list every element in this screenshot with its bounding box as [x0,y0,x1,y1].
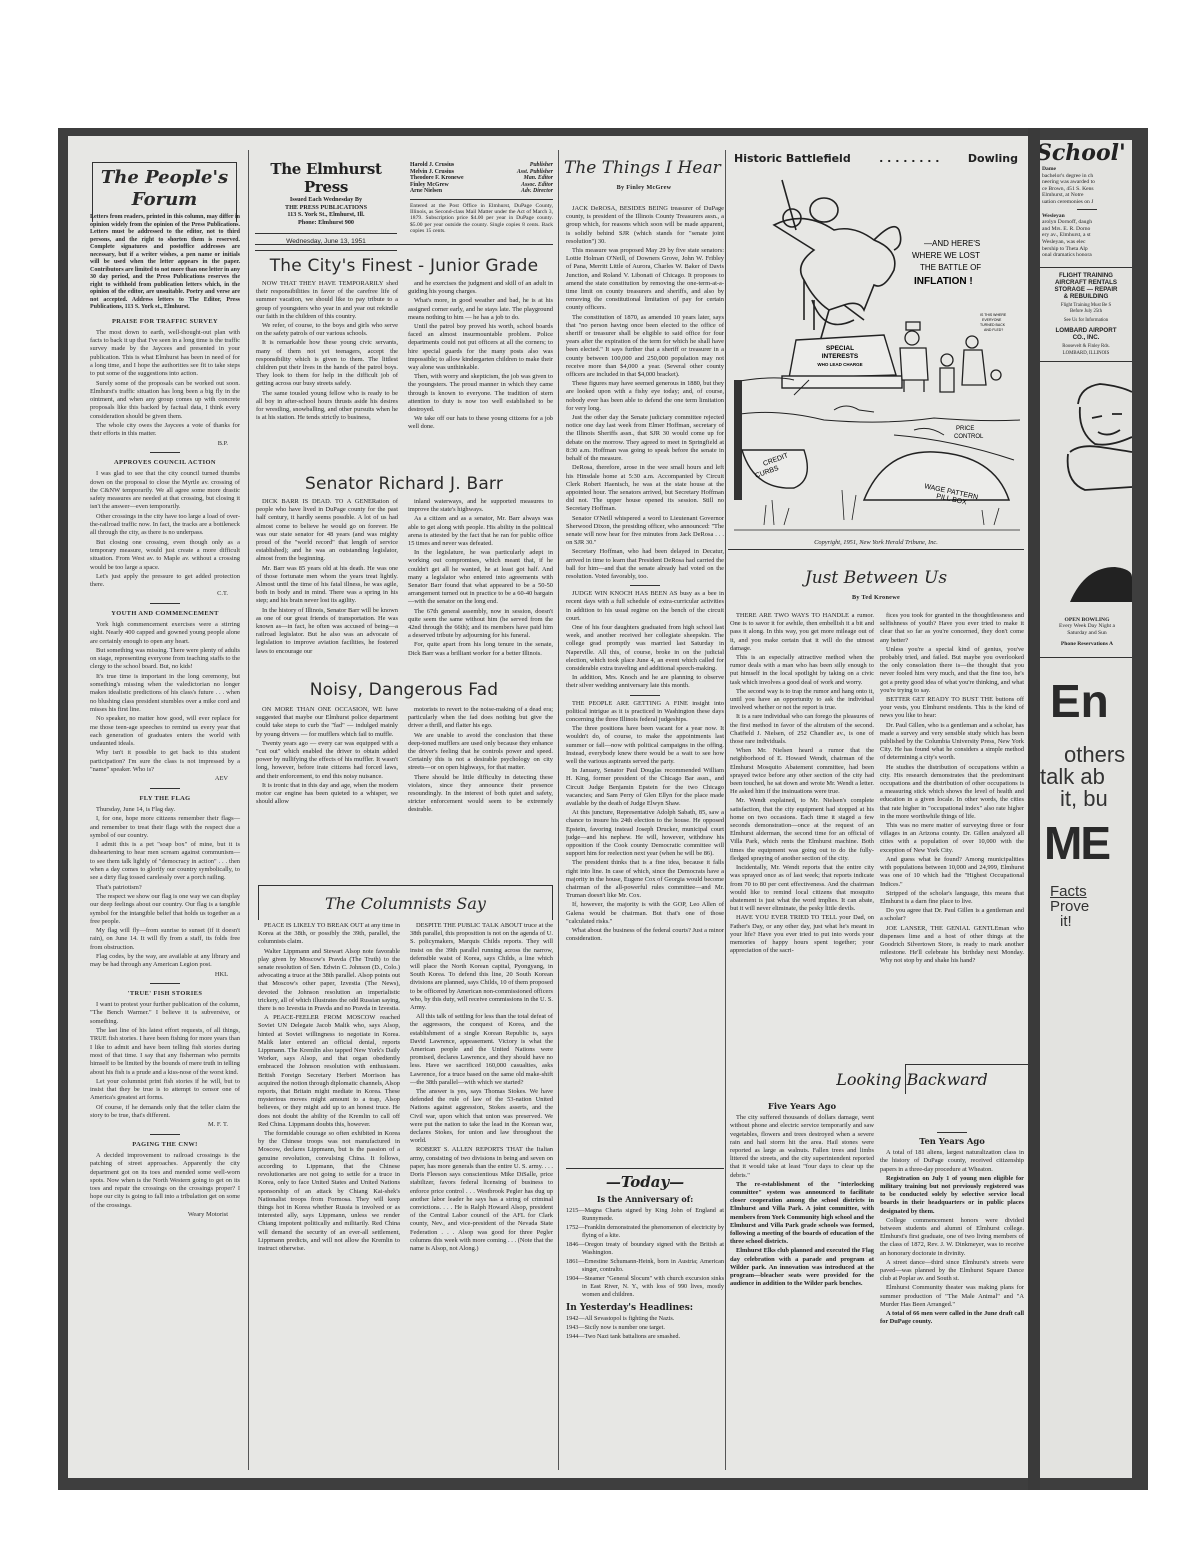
staff-role: Publisher [530,162,553,169]
divider [1077,209,1097,210]
editorial-paragraph: We are unable to avoid the conclusion th… [408,732,553,773]
divider [150,603,180,604]
issue-date: Wednesday, June 13, 1951 [255,233,397,251]
today-box: —Today— Is the Anniversary of: 1215—Magn… [566,1168,724,1342]
letter-paragraph: I was glad to see that the city council … [90,470,240,511]
anniversary-text: Magna Charta signed by King John of Engl… [582,1207,724,1222]
column-rule [558,150,559,1470]
editorial-city-finest-col2: and he exercises the judgment and skill … [408,280,553,433]
headline-item: 1943—Sicily now is number one target. [566,1324,724,1332]
tree-trunk-icon [734,380,742,500]
five-years-ago-heading: Five Years Ago [730,1102,874,1110]
column-paragraph: Stripped of the scholar's language, this… [880,890,1024,906]
headline-item: 1944—Two Nazi tank battalions are smashe… [566,1333,724,1341]
cartoon-copyright: Copyright, 1951, New York Herald Tribune… [728,539,1024,550]
forum-title: The People's Forum [93,167,236,211]
school-note-line: uation ceremonies on J [1042,199,1132,206]
column-paragraph: The second way is to trap the rumor and … [730,688,874,713]
ad-line: STORAGE — REPAIR [1042,286,1130,293]
history-paragraph: Elmhurst Elks club planned and executed … [730,1247,874,1288]
school-note-line: Wesleyan, was elec [1042,239,1132,246]
column-paragraph: JUDGE WIN KNOCH HAS BEEN AS busy as a be… [566,590,724,623]
column-paragraph: The constitution of 1870, as amended 10 … [566,314,724,380]
cartoon-title: Historic Battlefield [734,152,851,165]
letter-paragraph: That's patriotism? [90,884,240,892]
history-paragraph: Registration on July 1 of young men elig… [880,1175,1024,1216]
school-note-line: onal dramatics honora [1042,252,1132,259]
cartoon-title-bar: Historic Battlefield . . . . . . . . Dow… [728,150,1024,167]
ad-small-line: Before July 25th [1042,309,1130,315]
school-note-line: Dame [1042,166,1132,173]
price-control-label-1: PRICE [956,426,974,432]
columnist-paragraph: PEACE IS LIKELY TO BREAK OUT at any time… [258,922,400,947]
things-i-hear-title: The Things I Hear [564,158,724,178]
ad-info-line: See Us for Information [1042,318,1130,324]
letter-paragraph: But something was missing. There were pl… [90,647,240,672]
columnist-paragraph: ROBERT S. ALLEN REPORTS THAT the Italian… [410,1146,553,1253]
history-paragraph: A total of 181 aliens, largest naturaliz… [880,1149,1024,1174]
anniversary-item: 1904—Steamer "General Slocum" with churc… [566,1275,724,1299]
school-note-line: ce Brown, 451 S. Kens [1042,186,1132,193]
price-control-label-2: CONTROL [954,434,984,440]
column-paragraph: One of his four daughters graduated from… [566,624,724,673]
column-paragraph: BETTER GET READY TO BUST THE buttons off… [880,696,1024,721]
things-i-hear-header: The Things I Hear By Finley McGrew [564,158,724,199]
column-paragraph: What about the business of the federal c… [566,927,724,943]
letter-signature: C.T. [90,590,240,598]
letter-paragraph: The last line of his latest effort reque… [90,1027,240,1077]
school-note-line: ery av., Elmhurst, a st [1042,232,1132,239]
headline-year: 1943 [566,1324,578,1331]
speech-line-4: INFLATION ! [914,276,973,287]
school-note-line: neering was awarded to [1042,179,1132,186]
column-paragraph: Do you agree that Dr. Paul Gillen is a g… [880,907,1024,923]
child-speech-3: TURNED BACK [980,323,1006,327]
editorial-paragraph: In the legislature, he was particularly … [408,549,553,606]
editorial-paragraph: Until the patrol boy proved his worth, s… [408,323,553,372]
letter-heading: YOUTH AND COMMENCEMENT [90,610,240,618]
letter-paragraph: The respect we show our flag is one way … [90,893,240,926]
letter-heading: 'TRUE' FISH STORIES [90,990,240,998]
anniversary-year: 1846 [566,1241,578,1248]
editorial-paragraph: There should be little difficulty in det… [408,774,553,815]
columnist-paragraph: The formidable courage so often exhibite… [258,1130,400,1253]
things-i-hear-column: JACK DeROSA, BESIDES BEING treasurer of … [566,205,724,1160]
editorial-cartoon: Historic Battlefield . . . . . . . . Dow… [728,150,1024,550]
editorial-paragraph: For, quite apart from his long tenure in… [408,641,553,657]
column-paragraph: Mr. Wendt explained, to Mr. Nielsen's co… [730,797,874,863]
editorial-paragraph: Then, with worry and skepticism, the job… [408,373,553,414]
school-note-line: bership to Theta Alp [1042,246,1132,253]
guide-figures-icon [900,322,1001,392]
divider [630,695,660,696]
column-paragraph: fices you took for granted in the though… [880,612,1024,645]
column-paragraph: Just the other day the Senate judiciary … [566,414,724,463]
staff-row: Melvin J. CrusiusAsst. Publisher [410,169,553,176]
school-note-line: bachelor's degree in ch [1042,173,1132,180]
big-ad-line: others [1064,744,1132,766]
columnists-title-box: The Columnists Say [258,885,553,920]
headline-text: Sicily now is number one target. [585,1324,665,1331]
big-ad-word: ME [1044,816,1132,870]
column-paragraph: DeRosa, therefore, arose in the wee smal… [566,464,724,513]
facts-line: it! [1060,914,1132,929]
column-paragraph: Senator O'Neill whispered a word to Lieu… [566,515,724,548]
staff-role: Man. Editor [524,175,553,182]
history-paragraph: College commencement honors were divided… [880,1217,1024,1258]
big-ad-line: it, bu [1060,788,1132,810]
headline-text: All Sevastopol is fighting the Nazis. [585,1315,675,1322]
editorial-paragraph: The 67th general assembly, now in sessio… [408,608,553,641]
staff-box: Harold J. CrusiusPublisher Melvin J. Cru… [410,162,553,234]
column-paragraph: And guess what he found? Among municipal… [880,856,1024,889]
speech-line-2: WHERE WE LOST [912,251,980,260]
column-paragraph: Incidentally, Mr. Wendt reports that the… [730,864,874,913]
letter-paragraph: It's true time is important in the long … [90,673,240,714]
history-paragraph: A street dance—third since Elmhurst's st… [880,1259,1024,1284]
bowling-ad-text: OPEN BOWLING Every Week Day Night a Satu… [1040,617,1132,658]
column-paragraph: The president thinks that is a fine idea… [566,859,724,900]
facts-line: Facts [1050,884,1132,899]
cartoon-artist: Dowling [968,152,1018,165]
letter-heading: APPROVES COUNCIL ACTION [90,459,240,467]
letter-paragraph: My flag will fly—from sunrise to sunset … [90,927,240,952]
letter-paragraph: The most down to earth, well-thought-out… [90,329,240,379]
bowling-line: Saturday and Sun [1042,630,1132,637]
letter-signature: B.P. [90,440,240,448]
column-paragraph: In addition, Mrs. Knoch and he are plann… [566,674,724,690]
staff-name: Melvin J. Crusius [410,169,454,176]
child-speech-1: IS THIS WHERE [980,313,1007,317]
column-paragraph: These figures may have seemed generous i… [566,380,724,413]
just-between-us-col2: fices you took for granted in the though… [880,612,1024,1057]
bowling-ad-illustration [1040,362,1132,612]
columnist-paragraph: DESPITE THE PUBLIC TALK ABOUT truce at t… [410,922,553,1012]
anniversary-item: 1215—Magna Charta signed by King John of… [566,1207,724,1223]
statue-icon [774,180,901,345]
column-paragraph: This was no mere matter of surveying thr… [880,822,1024,855]
child-speech-2: EVERYONE [982,318,1002,322]
airport-ad: FLIGHT TRAINING AIRCRAFT RENTALS STORAGE… [1040,267,1132,362]
column-paragraph: Dr. Paul Gillen, who is a gentleman and … [880,722,1024,763]
school-note-line: arolyn Dornoff, daugh [1042,219,1132,226]
monument-text-3: WHO LEAD CHARGE [817,362,862,367]
forum-title-line1: The People's [93,167,236,189]
staff-role: Adv. Director [521,188,553,195]
editorial-paragraph: motorists to revert to the noise-making … [408,706,553,731]
column-paragraph: He studies the distribution of occupatio… [880,764,1024,821]
ad-line: & REBUILDING [1042,293,1130,300]
school-note-line: and Mrs. E. R. Dorno [1042,226,1132,233]
editorial-paragraph: It is ironic that in this day and age, w… [256,782,398,807]
just-between-us-header: Just Between Us By Ted Kronewe [728,568,1024,609]
letter-paragraph: I admit this is a pet "soap box" of mine… [90,841,240,882]
column-paragraph: Secretary Hoffman, who had been delayed … [566,548,724,581]
column-paragraph: JOE LANSER, THE GENIAL GENTLEman who dis… [880,925,1024,966]
anniversary-item: 1846—Oregon treaty of boundary signed wi… [566,1241,724,1257]
letter-paragraph: No speaker, no matter how good, will eve… [90,715,240,748]
letter-heading: FLY THE FLAG [90,795,240,803]
letter-paragraph: I, for one, hope more citizens remember … [90,815,240,840]
school-notes: Dame bachelor's degree in ch neering was… [1040,166,1132,259]
just-between-us-col1: THERE ARE TWO WAYS TO HANDLE a rumor. On… [730,612,874,1057]
columnist-paragraph: All this talk of settling for less than … [410,1013,553,1087]
adjacent-page-strip: School' Dame bachelor's degree in ch nee… [1040,140,1132,1478]
history-paragraph: A total of 66 men were called in the Jun… [880,1310,1024,1326]
letter-signature: HKL [90,971,240,979]
editorial-paragraph: We refer, of course, to the boys and gir… [256,322,398,338]
big-ad-line: talk ab [1040,766,1132,788]
battlefield-ground [734,378,1020,460]
column-paragraph: The three positions have been vacant for… [566,725,724,766]
editorial-noisy-col1: ON MORE THAN ONE OCCASION, WE have sugge… [256,706,398,871]
divider [937,1132,967,1133]
ten-years-ago-heading: Ten Years Ago [880,1137,1024,1145]
column-paragraph: At this juncture, Representative Adolph … [566,809,724,858]
editorial-barr-col2: inland waterways, and he supported measu… [408,498,553,663]
staff-row: Finley McGrewAssoc. Editor [410,182,553,189]
ad-line: AIRCRAFT RENTALS [1042,279,1130,286]
anniversary-text: Franklin demonstrated the phenomenon of … [582,1224,724,1239]
school-note-line: Elmhurst, at Notre [1042,192,1132,199]
columnists-title: The Columnists Say [259,894,552,913]
letter-paragraph: Flag codes, by the way, are available at… [90,953,240,970]
letter-paragraph: But closing one crossing, even though on… [90,539,240,572]
column-paragraph: HAVE YOU EVER TRIED TO TELL your Dad, on… [730,914,874,955]
history-paragraph: The re-establishment of the "interlockin… [730,1181,874,1247]
columnist-paragraph: Walter Lippmann and Stewart Alsop note f… [258,948,400,1014]
editorial-headline-city-finest: The City's Finest - Junior Grade [255,256,553,276]
looking-backward-title: Looking Backward [812,1070,1012,1089]
headline-text: Two Nazi tank battalions are smashed. [585,1333,680,1340]
big-ad: En others talk ab it, bu ME Facts Prove … [1040,658,1132,929]
cartoon-title-dots: . . . . . . . . [851,152,968,165]
editorial-paragraph: Mr. Barr was 85 years old at his death. … [256,565,398,606]
divider [150,1134,180,1135]
headline-year: 1942 [566,1315,578,1322]
anniversary-text: Ernestine Schumann-Heink, born in Austri… [582,1258,724,1273]
things-i-hear-byline: By Finley McGrew [564,184,724,191]
staff-name: Harold J. Crusius [410,162,454,169]
anniversary-year: 1861 [566,1258,578,1265]
column-paragraph: This is an especially attractive method … [730,654,874,687]
letter-heading: PAGING THE CNW! [90,1141,240,1149]
facts-prove-it: Facts Prove it! [1050,884,1132,929]
looking-backward-col1: Five Years Ago The city suffered thousan… [730,1098,874,1476]
staff-row: Harold J. CrusiusPublisher [410,162,553,169]
today-title: —Today— [566,1173,724,1191]
just-between-us-byline: By Ted Kronewe [728,594,1024,601]
editorial-noisy-col2: motorists to revert to the noise-making … [408,706,553,871]
columnists-col2: DESPITE THE PUBLIC TALK ABOUT truce at t… [410,922,553,1477]
history-paragraph: The city suffered thousands of dollars d… [730,1114,874,1180]
editorial-paragraph: We take off our hats to these young citi… [408,415,553,431]
columnist-paragraph: A PEACE-FEELER FROM MOSCOW reached Sovie… [258,1014,400,1129]
letter-paragraph: I want to protest your further publicati… [90,1001,240,1026]
letter-paragraph: Surely some of the proposals can be work… [90,380,240,421]
ad-address: LOMBARD, ILLINOIS [1042,351,1130,357]
letter-paragraph: Of course, if he demands only that the t… [90,1104,240,1121]
letter-paragraph: Thursday, June 14, is Flag day. [90,806,240,814]
column-paragraph: This measure was proposed May 29 by five… [566,247,724,313]
address: 113 S. York St., Elmhurst, Ill. [255,211,397,219]
letter-paragraph: Let your columnist print fish stories if… [90,1078,240,1103]
ad-address: Roosevelt & Finley Rds. [1042,344,1130,350]
just-between-us-title: Just Between Us [728,568,1024,588]
yesterday-headlines-heading: In Yesterday's Headlines: [566,1303,724,1313]
letter-paragraph: The whole city owes the Jaycees a vote o… [90,422,240,439]
phone: Phone: Elmhurst 900 [255,219,397,227]
postal-entry-notice: Entered at the Post Office in Elmhurst, … [410,199,553,234]
editorial-paragraph: Twenty years ago — every car was equippe… [256,740,398,781]
letter-paragraph: Let's just apply the pressure to get add… [90,573,240,590]
big-ad-word: En [1050,676,1132,726]
bowling-ball-icon [1070,567,1132,602]
masthead-left: The Elmhurst Press Issued Each Wednesday… [255,160,397,251]
divider [150,983,180,984]
staff-name: Arne Nielsen [410,188,442,195]
column-rule [248,150,249,1470]
editorial-paragraph: NOW THAT THEY HAVE TEMPORARILY shed thei… [256,280,398,321]
column-rule [725,150,726,1470]
staff-name: Finley McGrew [410,182,449,189]
history-paragraph: Elmhurst Community theater was making pl… [880,1284,1024,1309]
staff-row: Arne NielsenAdv. Director [410,188,553,195]
forum-title-box: The People's Forum [92,162,237,222]
page-gutter [1028,128,1040,1490]
divider [150,452,180,453]
letter-signature: M. F. T. [90,1121,240,1129]
editorial-paragraph: ON MORE THAN ONE OCCASION, WE have sugge… [256,706,398,739]
anniversary-year: 1215 [566,1207,578,1214]
editorial-city-finest-col1: NOW THAT THEY HAVE TEMPORARILY shed thei… [256,280,398,423]
editorial-headline-noisy: Noisy, Dangerous Fad [255,680,553,700]
forum-intro: Letters from readers, printed in this co… [90,214,240,312]
bowling-line: Phone Reservations A [1042,641,1132,648]
editorial-paragraph: What's more, in good weather and bad, he… [408,297,553,322]
anniversary-year: 1752 [566,1224,578,1231]
bowling-line: Every Week Day Night a [1042,623,1132,630]
masthead-rule [255,244,553,245]
monument-text-1: SPECIAL [826,345,854,352]
facts-line: Prove [1050,899,1132,914]
column-paragraph: JACK DeROSA, BESIDES BEING treasurer of … [566,205,724,246]
staff-role: Assoc. Editor [521,182,553,189]
bowling-line: OPEN BOWLING [1042,617,1132,624]
letter-paragraph: Why isn't it possible to get back to thi… [90,749,240,774]
column-paragraph: If, however, the majority is with the GO… [566,901,724,926]
column-paragraph: THE PEOPLE ARE GETTING A FINE insight in… [566,700,724,725]
divider [630,585,660,586]
issued-line: Issued Each Wednesday By [255,196,397,204]
school-headline: School' [1040,140,1132,166]
staff-row: Theodore F. KroneweMan. Editor [410,175,553,182]
editorial-paragraph: The same tousled young fellow who is rea… [256,390,398,423]
editorial-headline-barr: Senator Richard J. Barr [255,474,553,494]
letter-paragraph: York high commencement exercises were a … [90,621,240,646]
ad-company: LOMBARD AIRPORT [1042,327,1130,334]
speech-line-1: —AND HERE'S [924,239,980,248]
child-speech-4: AND FLED? [984,328,1003,332]
editorial-paragraph: inland waterways, and he supported measu… [408,498,553,514]
staff-name: Theodore F. Kronewe [410,175,464,182]
ad-company: CO., INC. [1042,334,1130,341]
column-paragraph: In January, Senator Paul Douglas recomme… [566,767,724,808]
letter-paragraph: Other crossings in the city have too lar… [90,513,240,538]
columnists-col1: PEACE IS LIKELY TO BREAK OUT at any time… [258,922,400,1477]
anniversary-text: Oregon treaty of boundary signed with th… [582,1241,724,1256]
editorial-paragraph: and he exercises the judgment and skill … [408,280,553,296]
editorial-paragraph: As a citizen and as a senator, Mr. Barr … [408,515,553,548]
editorial-paragraph: It is remarkable how these young civic s… [256,339,398,388]
columnist-paragraph: The answer is yes, says Thomas Stokes. W… [410,1088,553,1145]
staff-role: Asst. Publisher [517,169,553,176]
anniversary-item: 1752—Franklin demonstrated the phenomeno… [566,1224,724,1240]
anniversary-heading: Is the Anniversary of: [566,1194,724,1204]
headline-year: 1944 [566,1333,578,1340]
letter-signature: AEV [90,775,240,783]
anniversary-item: 1861—Ernestine Schumann-Heink, born in A… [566,1258,724,1274]
forum-title-line2: Forum [93,189,236,211]
column-paragraph: It is a rare individual who can forego t… [730,713,874,746]
cartoon-illustration: SPECIAL INTERESTS WHO LEAD CHARGE —AND H… [734,170,1020,534]
publisher-org: THE PRESS PUBLICATIONS [255,204,397,212]
letter-heading: PRAISE FOR TRAFFIC SURVEY [90,318,240,326]
divider [150,788,180,789]
looking-backward-col2: Ten Years Ago A total of 181 aliens, lar… [880,1098,1024,1476]
column-paragraph: When Mr. Nielsen heard a rumor that the … [730,747,874,796]
editorial-paragraph: DICK BARR IS DEAD. TO A GENERation of pe… [256,498,398,564]
forum-column: Letters from readers, printed in this co… [90,214,240,1219]
anniversary-year: 1904 [566,1275,578,1282]
letter-paragraph: A decided improvement to railroad crossi… [90,1152,240,1210]
ad-line: FLIGHT TRAINING [1042,272,1130,279]
monument-text-2: INTERESTS [822,353,859,360]
column-paragraph: THERE ARE TWO WAYS TO HANDLE a rumor. On… [730,612,874,653]
speech-line-3: THE BATTLE OF [920,263,981,272]
editorial-paragraph: In the history of Illinois, Senator Barr… [256,607,398,656]
headline-item: 1942—All Sevastopol is fighting the Nazi… [566,1315,724,1323]
anniversary-text: Steamer "General Slocum" with church exc… [582,1275,724,1298]
column-paragraph: Unless you're a special kind of genius, … [880,646,1024,695]
letter-signature: Weary Motorist [90,1211,240,1219]
editorial-barr-col1: DICK BARR IS DEAD. TO A GENERation of pe… [256,498,398,663]
newspaper-name: The Elmhurst Press [255,160,397,196]
